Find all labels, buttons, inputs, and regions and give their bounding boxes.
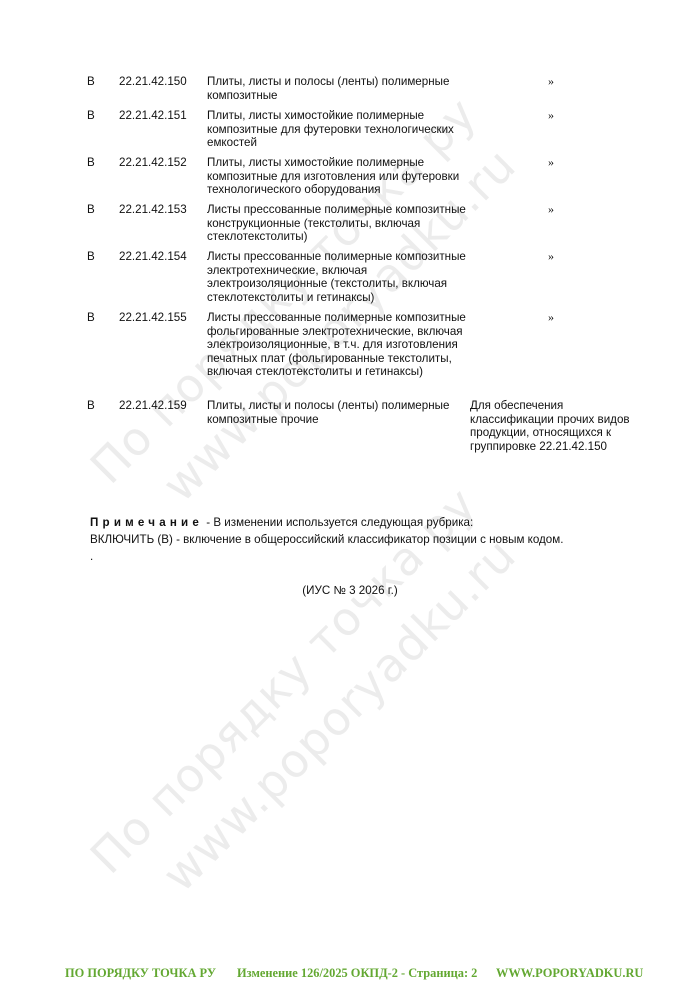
action-mark: В <box>87 311 95 325</box>
item-name: Плиты, листы химостойкие полимерные комп… <box>207 156 469 197</box>
note-line-3: . <box>90 548 563 565</box>
item-name: Листы прессованные полимерные композитны… <box>207 203 469 244</box>
okpd-code: 22.21.42.154 <box>119 250 187 264</box>
item-name: Листы прессованные полимерные композитны… <box>207 250 469 304</box>
action-mark: В <box>87 203 95 217</box>
action-mark: В <box>87 399 95 413</box>
ius-reference: (ИУС № 3 2026 г.) <box>0 584 700 597</box>
note-block: Примечание - В изменении используется сл… <box>90 514 563 565</box>
action-mark: В <box>87 109 95 123</box>
ditto-mark: » <box>548 156 554 170</box>
note-line-1: Примечание - В изменении используется сл… <box>90 514 563 531</box>
ditto-mark: » <box>548 109 554 123</box>
action-mark: В <box>87 156 95 170</box>
okpd-code: 22.21.42.155 <box>119 311 187 325</box>
action-mark: В <box>87 250 95 264</box>
ditto-mark: » <box>548 250 554 264</box>
ditto-mark: » <box>548 203 554 217</box>
okpd-code: 22.21.42.152 <box>119 156 187 170</box>
ditto-mark: » <box>548 75 554 89</box>
okpd-code: 22.21.42.159 <box>119 399 187 413</box>
ditto-mark: » <box>548 311 554 325</box>
item-name: Плиты, листы и полосы (ленты) полимерные… <box>207 399 469 426</box>
note-text: - В изменении используется следующая руб… <box>203 516 473 529</box>
footer-page-info: Изменение 126/2025 ОКПД-2 - Страница: 2 <box>237 966 477 981</box>
action-mark: В <box>87 75 95 89</box>
footer-site-name: ПО ПОРЯДКУ ТОЧКА РУ <box>65 966 216 981</box>
item-note: Для обеспечения классификации прочих вид… <box>470 399 640 453</box>
item-name: Плиты, листы и полосы (ленты) полимерные… <box>207 75 469 102</box>
okpd-code: 22.21.42.153 <box>119 203 187 217</box>
okpd-code: 22.21.42.151 <box>119 109 187 123</box>
note-line-2: ВКЛЮЧИТЬ (В) - включение в общероссийски… <box>90 531 563 548</box>
note-label: Примечание <box>90 516 203 529</box>
item-name: Листы прессованные полимерные композитны… <box>207 311 469 379</box>
footer-site-url[interactable]: WWW.POPORYADKU.RU <box>496 966 643 981</box>
okpd-code: 22.21.42.150 <box>119 75 187 89</box>
item-name: Плиты, листы химостойкие полимерные комп… <box>207 109 469 150</box>
